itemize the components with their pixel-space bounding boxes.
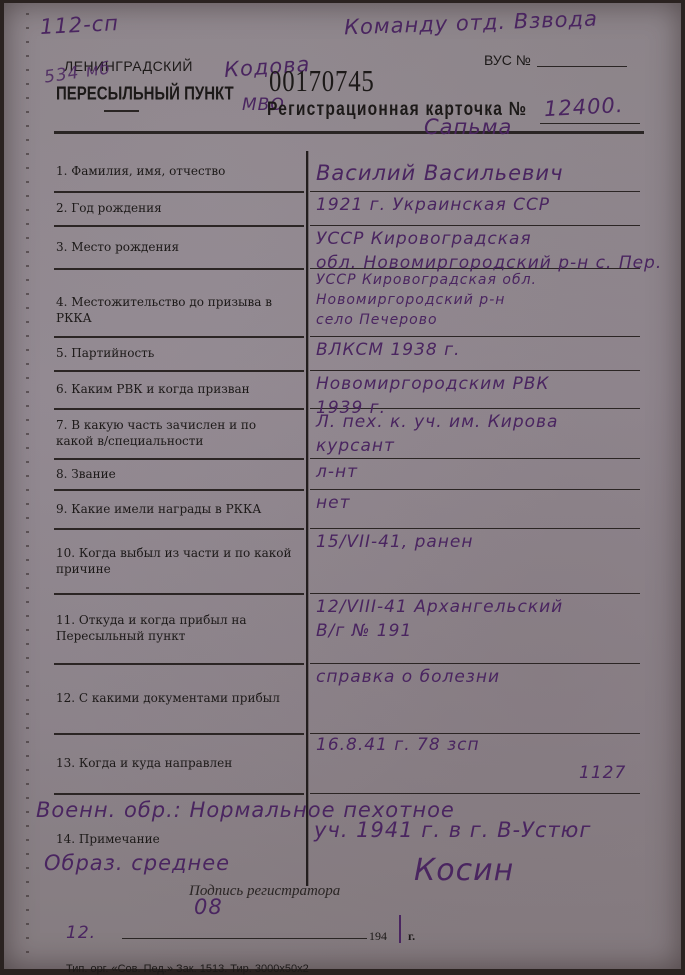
row-divider xyxy=(310,191,640,192)
field-label-text: Фамилия, имя, отчество xyxy=(71,164,225,178)
field-value-handwritten: село Печерово xyxy=(316,312,438,328)
row-divider xyxy=(54,733,304,735)
field-number: 13. xyxy=(56,756,75,770)
field-number: 1. xyxy=(56,164,67,178)
field-number: 2. xyxy=(56,201,67,215)
field-label: 2. Год рождения xyxy=(56,200,296,216)
vus-field-line xyxy=(537,66,627,67)
card-number-line xyxy=(540,123,640,124)
field-label: 9. Какие имели награды в РККА xyxy=(56,501,296,517)
field-label: 13. Когда и куда направлен xyxy=(56,755,296,771)
year-suffix: г. xyxy=(408,929,415,944)
field-label: 8. Звание xyxy=(56,466,296,482)
field-label: 1. Фамилия, имя, отчество xyxy=(56,163,296,179)
field-value-handwritten: 16.8.41 г. 78 зсп xyxy=(316,735,480,755)
row-divider xyxy=(54,191,304,193)
year-prefix: 194 xyxy=(369,929,387,944)
row-divider xyxy=(310,458,640,459)
perforation-edge xyxy=(26,13,29,953)
header-rule xyxy=(54,131,644,134)
annotation-regiment: 112-сп xyxy=(39,11,119,39)
field-value-handwritten: 12/VIII-41 Архангельский xyxy=(316,597,563,617)
row-divider xyxy=(54,225,304,227)
field-label-text: В какую часть зачислен и по какой в/спец… xyxy=(56,418,256,448)
row-divider xyxy=(54,370,304,372)
row-divider xyxy=(310,593,640,594)
field-value-handwritten: 1127 xyxy=(579,763,626,783)
field-label-text: Партийность xyxy=(71,346,154,360)
field-label-text: Каким РВК и когда призван xyxy=(71,382,249,396)
field-label-text: Когда и куда направлен xyxy=(79,756,232,770)
field-value-handwritten: УССР Кировоградская обл. xyxy=(316,272,537,288)
row-divider xyxy=(54,593,304,595)
field-label: 4. Местожительство до призыва в РККА xyxy=(56,294,296,326)
field-number: 10. xyxy=(56,546,75,560)
row-divider xyxy=(54,528,304,530)
field-label-text: Откуда и когда прибыл на Пересыльный пун… xyxy=(56,613,247,643)
row-divider xyxy=(54,489,304,491)
field-label: 5. Партийность xyxy=(56,345,296,361)
row-divider xyxy=(54,336,304,338)
field-number: 5. xyxy=(56,346,67,360)
date-line xyxy=(122,938,367,939)
field-label-text: Когда выбыл из части и по какой причине xyxy=(56,546,291,576)
year-handwritten-digit xyxy=(399,915,401,943)
row-divider xyxy=(310,225,640,226)
row-divider xyxy=(54,458,304,460)
field-value-handwritten: Василий Васильевич xyxy=(316,161,563,185)
date-month: 08 xyxy=(194,895,223,919)
row-divider xyxy=(310,663,640,664)
row-divider xyxy=(54,408,304,410)
field-value-handwritten: УССР Кировоградская xyxy=(316,229,532,249)
field-label-text: Местожительство до призыва в РККА xyxy=(56,295,272,325)
field-value-handwritten: 15/VII-41, ранен xyxy=(316,532,474,552)
field-number: 14. xyxy=(56,832,75,846)
field-label: 10. Когда выбыл из части и по какой прич… xyxy=(56,545,296,577)
row-divider xyxy=(310,336,640,337)
field-label: 14. Примечание xyxy=(56,831,296,847)
field-value-handwritten: курсант xyxy=(316,436,395,456)
field-label: 7. В какую часть зачислен и по какой в/с… xyxy=(56,417,296,449)
field-number: 11. xyxy=(56,613,75,627)
vus-label: ВУС № xyxy=(484,52,531,68)
field-label: 12. С какими документами прибыл xyxy=(56,690,296,706)
field-value-handwritten: обл. Новомиргородский р-н с. Пер. xyxy=(316,253,662,273)
row-divider xyxy=(310,370,640,371)
registrar-signature: Косин xyxy=(414,853,514,888)
field-number: 7. xyxy=(56,418,67,432)
field-label: 3. Место рождения xyxy=(56,239,296,255)
field-label-text: Год рождения xyxy=(71,201,161,215)
row-divider xyxy=(54,268,304,270)
printer-imprint: Тип. орг. «Сов. Пед.» Зак. 1513. Тир. 30… xyxy=(66,963,309,972)
field-value-handwritten: Сапьма xyxy=(424,115,512,139)
field-number: 8. xyxy=(56,467,67,481)
field-value-handwritten: В/г № 191 xyxy=(316,621,412,641)
card-number: 12400. xyxy=(543,93,624,121)
field-label-text: Звание xyxy=(71,467,115,481)
field-value-handwritten: Л. пех. к. уч. им. Кирова xyxy=(316,412,558,432)
field-value-handwritten: Новомиргородский р-н xyxy=(316,292,505,308)
serial-number: 00170745 xyxy=(269,63,375,99)
field-label: 6. Каким РВК и когда призван xyxy=(56,381,296,397)
field-number: 12. xyxy=(56,691,75,705)
annotation-command: Команду отд. Взвода xyxy=(344,7,599,40)
row-divider xyxy=(310,528,640,529)
field-number: 9. xyxy=(56,502,67,516)
field-value-handwritten: л-нт xyxy=(316,462,358,482)
field-label-text: С какими документами прибыл xyxy=(79,691,280,705)
field-value-handwritten: Новомиргородским РВК xyxy=(316,374,549,394)
org-line-2: ПЕРЕСЫЛЬНЫЙ ПУНКТ xyxy=(56,83,234,104)
field-number: 3. xyxy=(56,240,67,254)
field-value-handwritten: справка о болезни xyxy=(316,667,500,687)
row-divider xyxy=(54,793,304,795)
field-value-handwritten: Образ. среднее xyxy=(44,851,230,875)
date-day: 12. xyxy=(66,923,96,943)
row-divider xyxy=(54,663,304,665)
field-value-handwritten: уч. 1941 г. в г. В-Устюг xyxy=(314,818,591,842)
row-divider xyxy=(310,793,640,794)
registration-card: 112-сп Команду отд. Взвода ЛЕНИНГРАДСКИЙ… xyxy=(4,3,681,969)
field-number: 6. xyxy=(56,382,67,396)
divider xyxy=(104,110,139,112)
row-divider xyxy=(310,489,640,490)
row-divider xyxy=(310,733,640,734)
field-label-text: Место рождения xyxy=(71,240,179,254)
field-value-handwritten: ВЛКСМ 1938 г. xyxy=(316,340,460,360)
field-label-text: Примечание xyxy=(79,832,160,846)
field-label-text: Какие имели награды в РККА xyxy=(71,502,261,516)
field-label: 11. Откуда и когда прибыл на Пересыльный… xyxy=(56,612,296,644)
field-number: 4. xyxy=(56,295,67,309)
field-value-handwritten: нет xyxy=(316,493,350,513)
field-value-handwritten: 1921 г. Украинская ССР xyxy=(316,195,550,215)
